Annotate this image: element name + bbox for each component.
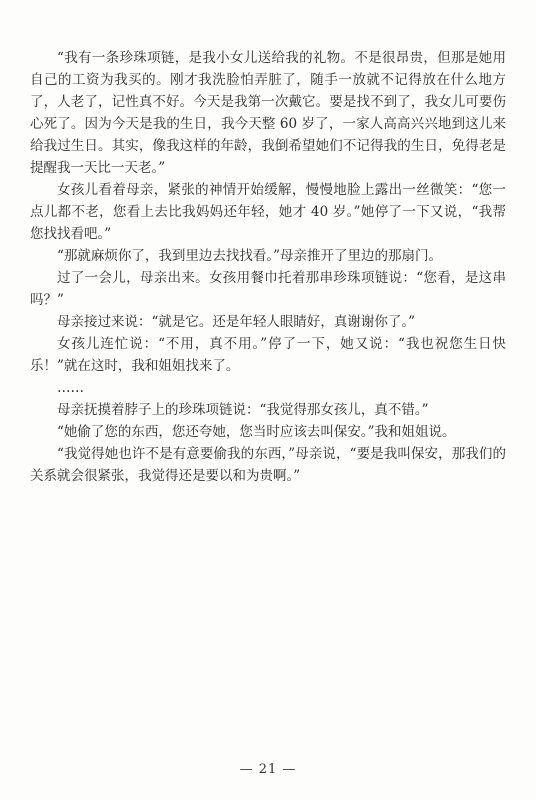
paragraph-ellipsis: ……	[30, 377, 506, 399]
paragraph: 母亲接过来说：“就是它。还是年轻人眼睛好，真谢谢你了。”	[30, 311, 506, 333]
paragraph: 过了一会儿，母亲出来。女孩用餐巾托着那串珍珠项链说：“您看，是这串吗？”	[30, 267, 506, 311]
paragraph: “我觉得她也许不是有意要偷我的东西，”母亲说，“要是我叫保安，那我们的关系就会很…	[30, 443, 506, 487]
paragraph: 女孩儿看着母亲，紧张的神情开始缓解，慢慢地脸上露出一丝微笑：“您一点儿都不老，您…	[30, 179, 506, 245]
page-number: — 21 —	[0, 763, 536, 777]
paragraph: “我有一条珍珠项链，是我小女儿送给我的礼物。不是很昂贵，但那是她用自己的工资为我…	[30, 47, 506, 179]
reading-passage: “我有一条珍珠项链，是我小女儿送给我的礼物。不是很昂贵，但那是她用自己的工资为我…	[30, 47, 506, 487]
paragraph: 母亲抚摸着脖子上的珍珠项链说：“我觉得那女孩儿，真不错。”	[30, 399, 506, 421]
paragraph: “她偷了您的东西，您还夸她，您当时应该去叫保安。”我和姐姐说。	[30, 421, 506, 443]
document-page: “我有一条珍珠项链，是我小女儿送给我的礼物。不是很昂贵，但那是她用自己的工资为我…	[0, 0, 536, 800]
paragraph: “那就麻烦你了，我到里边去找找看。”母亲推开了里边的那扇门。	[30, 245, 506, 267]
paragraph: 女孩儿连忙说：“不用，真不用。”停了一下，她又说：“我也祝您生日快乐！”就在这时…	[30, 333, 506, 377]
